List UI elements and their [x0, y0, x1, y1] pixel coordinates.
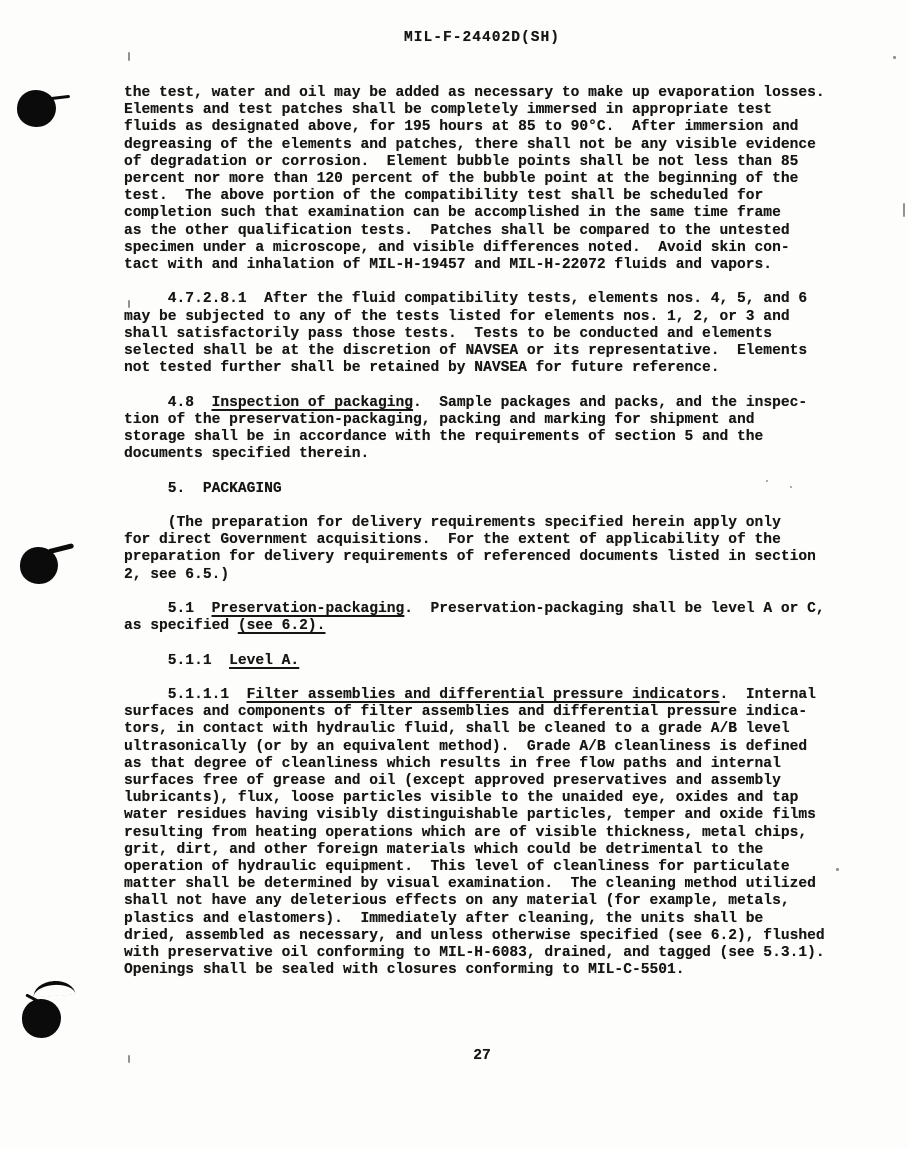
heading-5-1-1-level-a: 5.1.1 Level A. — [124, 653, 894, 670]
para-underlined-heading: Preservation-packaging — [212, 601, 405, 617]
scan-speckle — [893, 56, 896, 59]
para-text: 4.8 — [124, 395, 212, 411]
para-4-8-inspection-of-packaging: 4.8 Inspection of packaging. Sample pack… — [124, 395, 894, 464]
punch-hole-mark — [17, 90, 56, 127]
punch-hole-mark — [22, 999, 61, 1038]
scanned-document-page: MIL-F-24402D(SH) the test, water and oil… — [0, 0, 908, 1149]
punch-hole-mark-tail — [50, 95, 70, 100]
scan-speckle — [128, 52, 130, 61]
para-text: 5.1.1 — [124, 653, 229, 669]
para-5-1-1-1-filter-assemblies: 5.1.1.1 Filter assemblies and differenti… — [124, 687, 894, 979]
para-text: 5.1 — [124, 601, 212, 617]
document-body: the test, water and oil may be added as … — [124, 85, 894, 997]
punch-hole-mark-tail — [49, 543, 74, 554]
scan-arc-mark — [33, 980, 76, 998]
para-text: 4.7.2.8.1 After the fluid compatibility … — [124, 291, 807, 376]
para-underlined-heading: Filter assemblies and differential press… — [247, 687, 720, 703]
scan-speckle — [903, 203, 905, 217]
para-text: . Internal surfaces and components of fi… — [124, 687, 825, 978]
para-underlined-heading: Level A. — [229, 653, 299, 669]
para-underlined-heading: Inspection of packaging — [212, 395, 413, 411]
para-text: 5. PACKAGING — [124, 481, 282, 497]
para-test-compatibility-continuation: the test, water and oil may be added as … — [124, 85, 894, 274]
page-number: 27 — [124, 1048, 840, 1064]
para-text: (The preparation for delivery requiremen… — [124, 515, 816, 583]
para-underlined-ref: (see 6.2). — [238, 618, 326, 634]
heading-5-packaging: 5. PACKAGING — [124, 481, 894, 498]
para-4-7-2-8-1: 4.7.2.8.1 After the fluid compatibility … — [124, 291, 894, 377]
para-text: 5.1.1.1 — [124, 687, 247, 703]
document-number-header: MIL-F-24402D(SH) — [124, 30, 840, 46]
para-text: the test, water and oil may be added as … — [124, 85, 825, 273]
para-5-1-preservation-packaging: 5.1 Preservation-packaging. Preservation… — [124, 601, 894, 635]
para-delivery-requirements-note: (The preparation for delivery requiremen… — [124, 515, 894, 584]
